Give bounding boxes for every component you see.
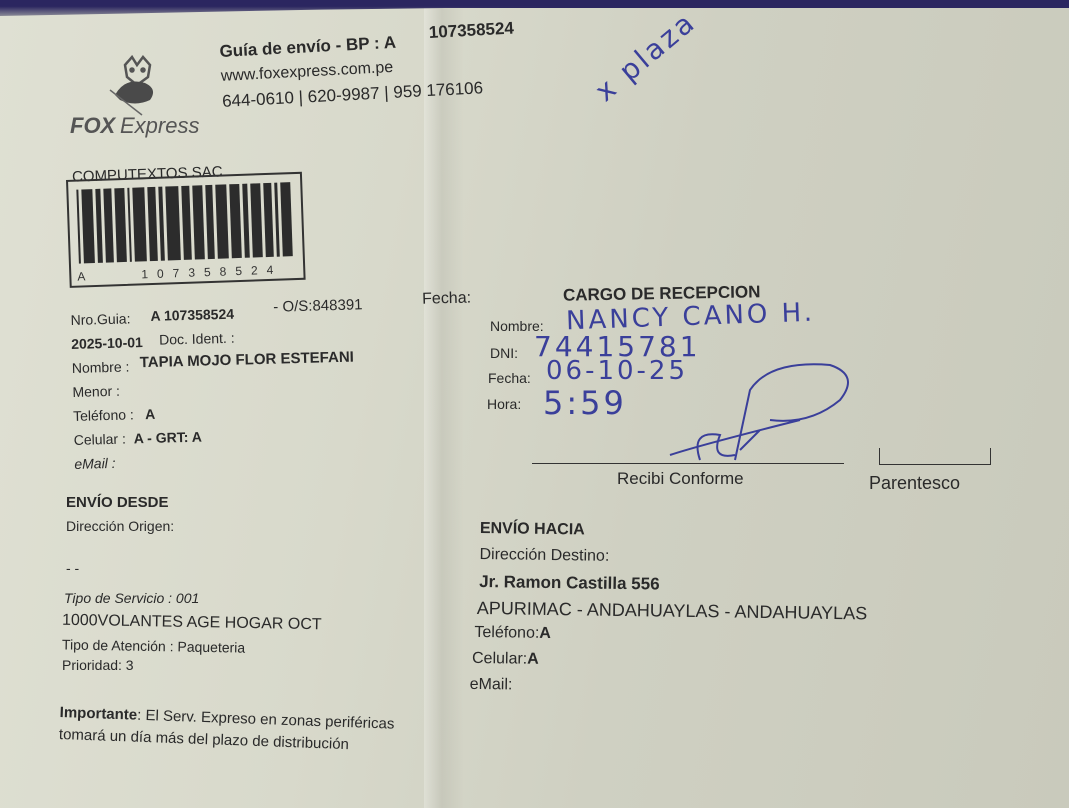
fox-logo-icon: FOX Express [70, 55, 210, 140]
destino-celular-value: A [527, 651, 539, 668]
direccion-origen-value: - - [66, 560, 79, 576]
direccion-origen-label: Dirección Origen: [66, 518, 174, 534]
nro-guia-label: Nro.Guia: [70, 310, 130, 328]
signature-line [532, 463, 844, 464]
tipo-atencion: Tipo de Atención : Paqueteria [62, 636, 245, 655]
destino-telefono-value: A [539, 625, 551, 642]
destino-telefono-label: Teléfono: [474, 624, 539, 642]
envio-desde-heading: ENVÍO DESDE [66, 494, 169, 511]
telefono-label: Teléfono : [73, 406, 134, 424]
signature-icon [640, 350, 870, 480]
destino-celular-label: Celular: [472, 650, 527, 668]
parentesco-label: Parentesco [869, 473, 960, 494]
svg-text:FOX: FOX [70, 113, 117, 138]
barcode-bars [76, 182, 292, 263]
barcode: A 107358524 [66, 172, 306, 288]
direccion-destino-label: Dirección Destino: [479, 546, 609, 566]
recepcion-hora-value: 5:59 [543, 384, 627, 422]
telefono-value: A [145, 406, 156, 422]
envio-hacia-heading: ENVÍO HACIA [480, 520, 585, 539]
prioridad: Prioridad: 3 [62, 657, 134, 673]
menor-label: Menor : [72, 383, 120, 400]
direccion-destino-value: Jr. Ramon Castilla 556 [479, 572, 660, 595]
barcode-digits: 107358524 [141, 263, 282, 282]
fecha-label: Fecha: [422, 290, 471, 309]
svg-text:Express: Express [120, 113, 199, 138]
recibi-conforme-label: Recibi Conforme [617, 469, 744, 489]
tipo-servicio: Tipo de Servicio : 001 [64, 590, 199, 606]
recepcion-fecha-label: Fecha: [488, 370, 531, 386]
doc-ident-label: Doc. Ident. : [159, 330, 235, 348]
nro-guia-value: A 107358524 [150, 306, 234, 324]
parentesco-field [879, 448, 991, 465]
celular-value: A - GRT: A [133, 429, 202, 447]
recepcion-dni-label: DNI: [490, 345, 518, 361]
importante-label: Importante [59, 704, 137, 724]
barcode-prefix: A [77, 269, 85, 283]
destino-email-label: eMail: [470, 676, 513, 695]
nombre-label: Nombre : [72, 358, 130, 376]
paper-fold [424, 8, 464, 808]
recepcion-hora-label: Hora: [487, 396, 521, 412]
celular-label: Celular : [74, 431, 127, 448]
order-service: - O/S:848391 [273, 296, 363, 315]
email-label: eMail : [74, 455, 116, 472]
guide-date: 2025-10-01 [71, 334, 143, 352]
